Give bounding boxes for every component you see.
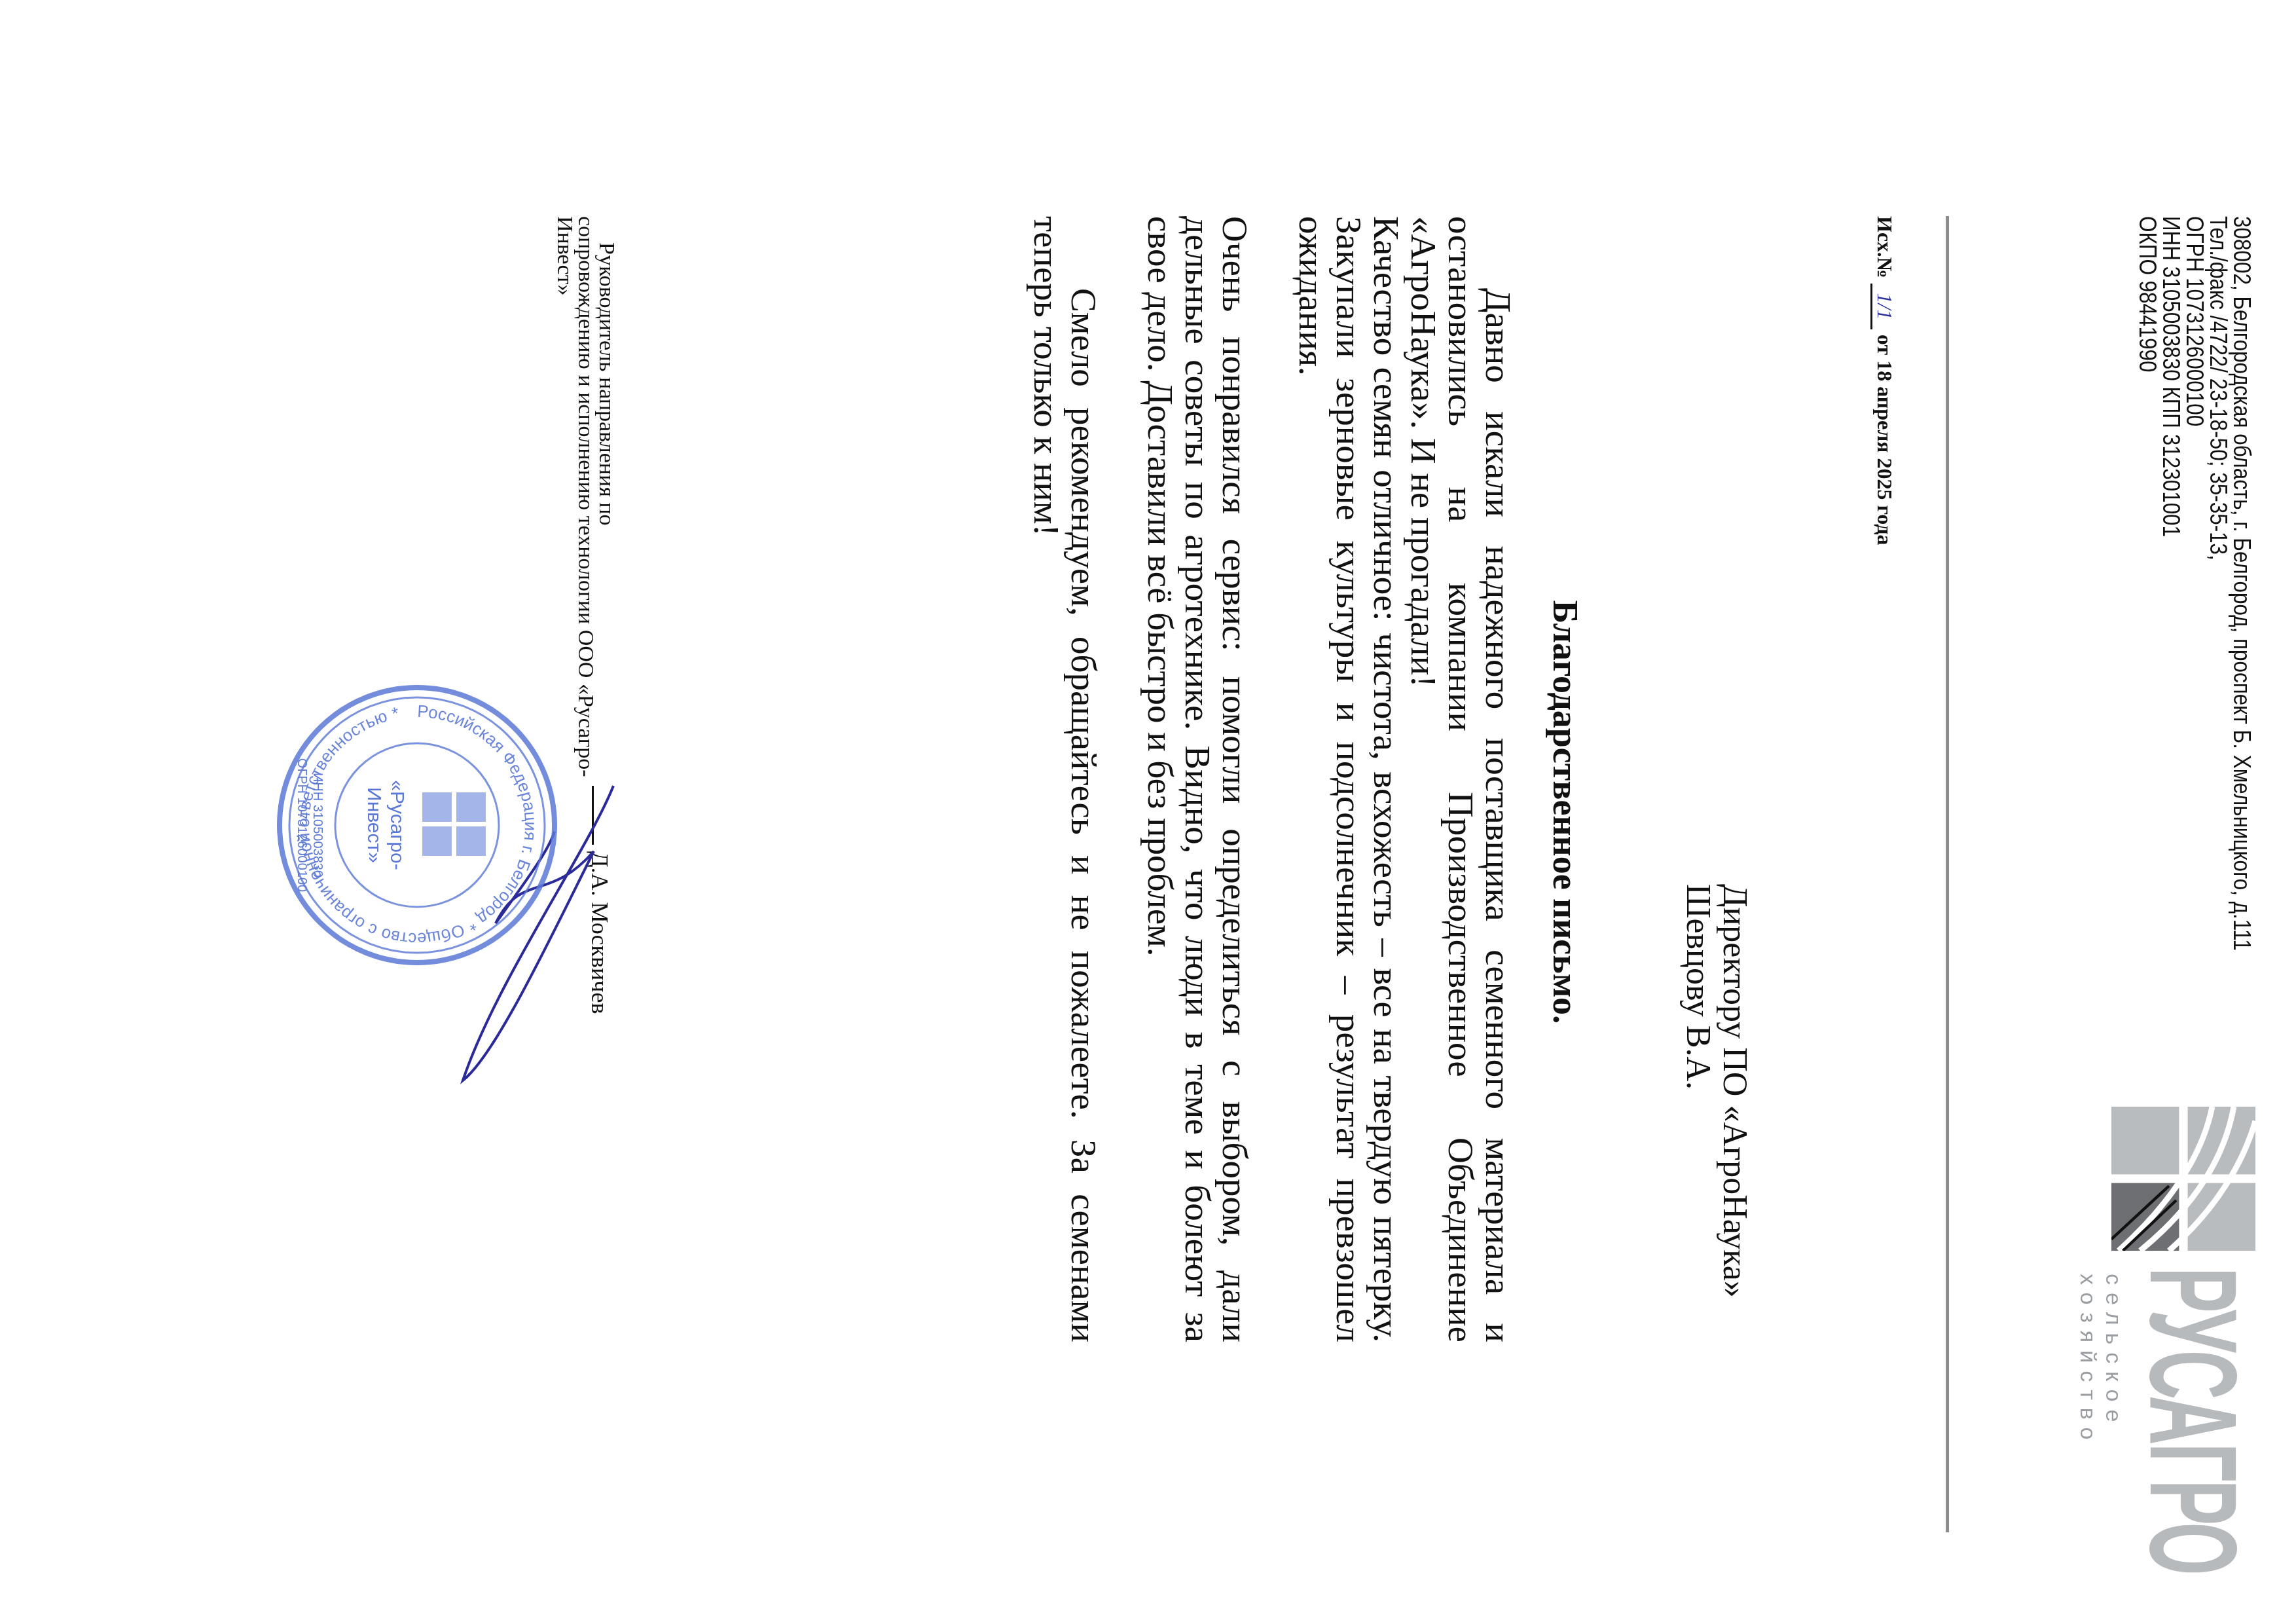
- seal-center-line1: «Русагро-: [386, 780, 408, 870]
- signer-position: Руководитель направления по сопровождени…: [554, 216, 617, 792]
- requisite-address: 308002, Белгородская область, г. Белгоро…: [2230, 216, 2253, 951]
- body-paragraph-1: Давно искали надежного поставщика семенн…: [1405, 216, 1517, 1342]
- seal-ogrn: ОГРН 1073126000100: [295, 758, 309, 892]
- seal-inn: ИНН 3105003830: [310, 773, 325, 877]
- requisite-phone: Тел./факс /4722/ 23-18-50; 35-35-13,: [2206, 216, 2230, 951]
- letter-page: РУСАГРО сельское хозяйство 308002, Белго…: [0, 0, 2296, 1624]
- logo-wordmark: РУСАГРО: [2131, 1267, 2255, 1573]
- requisite-okpo: ОКПО 98441990: [2136, 216, 2159, 951]
- requisite-ogrn: ОГРН 1073126000100: [2183, 216, 2206, 951]
- addressee-name: Шевцову В.А.: [1679, 884, 1716, 1298]
- letter-body: Давно искали надежного поставщика семенн…: [1028, 216, 1517, 1342]
- company-seal-icon: Российская Федерация г. Белгород * Общес…: [273, 681, 561, 969]
- outgoing-label: Исх.№: [1873, 216, 1897, 278]
- requisite-inn-kpp: ИНН 3105003830 КПП 312301001: [2159, 216, 2183, 951]
- body-paragraph-4: Смело рекомендуем, обращайтесь и не пожа…: [1028, 216, 1102, 1342]
- addressee-block: Директору ПО «АгроНаука» Шевцову В.А.: [1679, 884, 1753, 1298]
- addressee-position: Директору ПО «АгроНаука»: [1716, 884, 1753, 1298]
- body-paragraph-2: Качество семян отличное: чистота, всхоже…: [1293, 216, 1405, 1342]
- rusagro-logo-mark-icon: [2111, 1107, 2255, 1251]
- svg-text:Российская Федерация г. Белгор: Российская Федерация г. Белгород * Общес…: [293, 701, 541, 949]
- outgoing-reference: Исх.№ 1/1 от 18 апреля 2025 года: [1870, 216, 1897, 545]
- seal-outer-text: Российская Федерация г. Белгород * Общес…: [293, 701, 541, 949]
- logo-subtitle: сельское хозяйство: [2075, 1274, 2126, 1526]
- rusagro-logo: РУСАГРО сельское хозяйство: [2066, 1107, 2282, 1526]
- seal-center-line2: Инвест»: [363, 787, 385, 863]
- letter-title: Благодарственное письмо.: [1545, 0, 1586, 1624]
- signer-position-line1: Руководитель направления по: [596, 216, 617, 792]
- outgoing-date: от 18 апреля 2025 года: [1873, 335, 1897, 545]
- outgoing-number: 1/1: [1870, 284, 1897, 329]
- body-paragraph-3: Очень понравился сервис: помогли определ…: [1142, 216, 1254, 1342]
- header-divider: [1946, 216, 1949, 1532]
- company-requisites: 308002, Белгородская область, г. Белгоро…: [2136, 216, 2253, 951]
